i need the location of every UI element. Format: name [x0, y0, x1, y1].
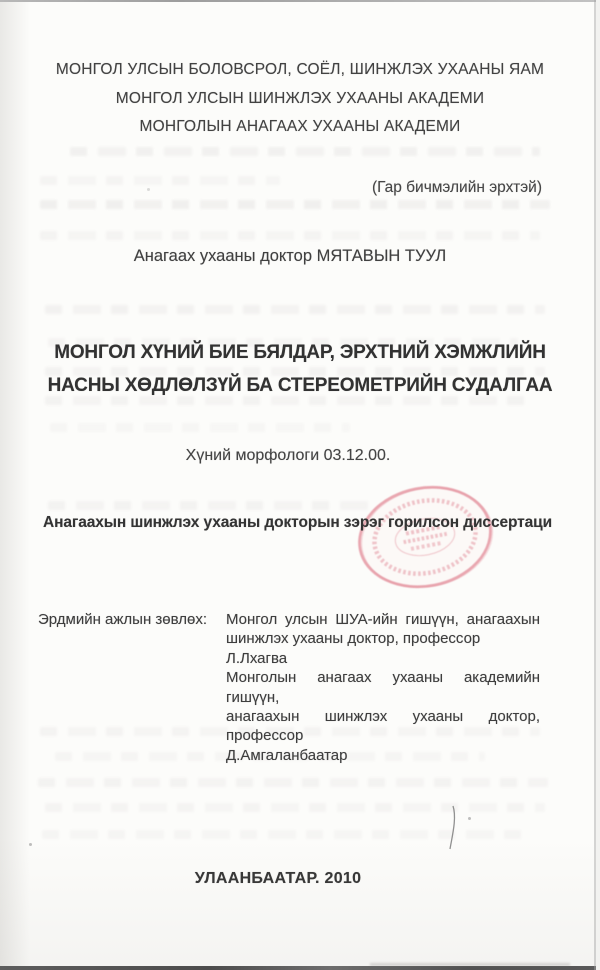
scan-edge-top [0, 0, 600, 2]
academy-line-2: МОНГОЛЫН АНАГААХ УХААНЫ АКАДЕМИ [0, 113, 600, 142]
title-line-2: НАСНЫ ХӨДЛӨЛЗҮЙ БА СТЕРЕОМЕТРИЙН СУДАЛГА… [0, 369, 600, 402]
city-year-line: УЛААНБААТАР. 2010 [0, 870, 556, 888]
advisor-line: шинжлэх ухааны доктор, профессор Л.Лхагв… [226, 629, 540, 668]
ink-stamp [351, 480, 499, 594]
ministry-line: МОНГОЛ УЛСЫН БОЛОВСРОЛ, СОЁЛ, ШИНЖЛЭХ УХ… [0, 56, 600, 85]
bleed-through-line [38, 778, 548, 787]
dust-speck [147, 188, 150, 191]
scan-edge-smudge [370, 963, 570, 966]
bleed-through-line [40, 200, 550, 209]
bleed-through-line [40, 176, 280, 185]
bleed-through-line [45, 305, 545, 314]
academy-line-1: МОНГОЛ УЛСЫН ШИНЖЛЭХ УХААНЫ АКАДЕМИ [0, 85, 600, 114]
advisor-label: Эрдмийн ажлын зөвлөх: [38, 610, 226, 765]
degree-statement: Анагаахын шинжлэх ухааны докторын зэрэг … [43, 514, 552, 532]
scan-left-shading [0, 0, 30, 970]
bleed-through-line [48, 501, 378, 510]
scanned-title-page: МОНГОЛ УЛСЫН БОЛОВСРОЛ, СОЁЛ, ШИНЖЛЭХ УХ… [0, 0, 600, 970]
title-line-1: МОНГОЛ ХҮНИЙ БИЕ БЯЛДАР, ЭРХТНИЙ ХЭМЖЛИЙ… [0, 336, 600, 369]
bleed-through-line [70, 147, 540, 156]
scan-edge-right [594, 0, 596, 970]
bleed-through-line [50, 423, 350, 432]
dust-speck [468, 817, 471, 820]
bleed-through-line [45, 803, 545, 812]
advisor-line: Д.Амгаланбаатар [226, 746, 540, 765]
scan-right-strip [596, 0, 600, 970]
advisors-block: Эрдмийн ажлын зөвлөх: Монгол улсын ШУА-и… [38, 610, 552, 765]
author-line: Анагаах ухааны доктор МЯТАВЫН ТУУЛ [0, 247, 580, 266]
dust-speck [29, 843, 32, 846]
advisor-line: Монголын анагаах ухааны академийн гишүүн… [226, 668, 540, 707]
advisor-line: анагаахын шинжлэх ухааны доктор, професс… [226, 707, 540, 746]
advisor-line: Монгол улсын ШУА-ийн гишүүн, анагаахын [226, 610, 540, 629]
dissertation-title: МОНГОЛ ХҮНИЙ БИЕ БЯЛДАР, ЭРХТНИЙ ХЭМЖЛИЙ… [0, 336, 600, 402]
scan-edge-bottom [0, 966, 600, 970]
scan-bottom-shading [0, 836, 600, 966]
header-block: МОНГОЛ УЛСЫН БОЛОВСРОЛ, СОЁЛ, ШИНЖЛЭХ УХ… [0, 56, 600, 142]
manuscript-rights-note: (Гар бичмэлийн эрхтэй) [372, 179, 542, 197]
specialty-line: Хүний морфологи 03.12.00. [0, 447, 576, 465]
advisor-text: Монгол улсын ШУА-ийн гишүүн, анагаахын ш… [226, 610, 540, 765]
bleed-through-line [40, 231, 540, 240]
pen-mark [440, 802, 464, 854]
